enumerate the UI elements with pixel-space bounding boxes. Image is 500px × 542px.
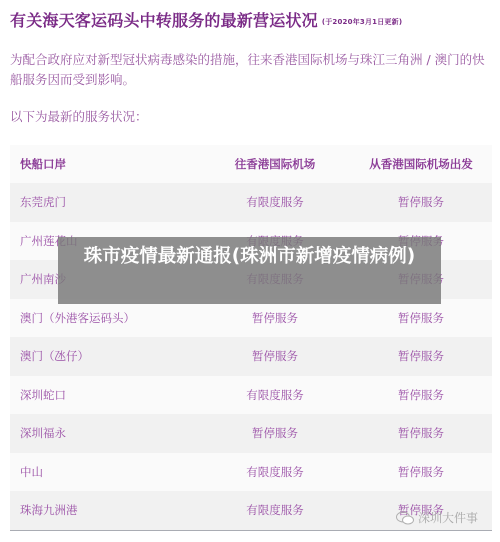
port-cell: 深圳福永 [10,425,200,441]
header-port: 快船口岸 [10,156,200,172]
wechat-icon [395,511,415,525]
to-airport-cell: 有限度服务 [200,194,350,210]
table-row: 东莞虎门 有限度服务 暂停服务 [10,183,492,222]
from-airport-cell: 暂停服务 [350,425,492,441]
table-row: 深圳福永 暂停服务 暂停服务 [10,414,492,453]
port-cell: 深圳蛇口 [10,387,200,403]
port-cell: 中山 [10,464,200,480]
port-cell: 澳门（外港客运码头） [10,310,200,326]
from-airport-cell: 暂停服务 [350,194,492,210]
to-airport-cell: 暂停服务 [200,310,350,326]
to-airport-cell: 有限度服务 [200,464,350,480]
intro-paragraph: 为配合政府应对新型冠状病毒感染的措施，往来香港国际机场与珠江三角洲 / 澳门的快… [10,50,490,90]
table-row: 澳门（氹仔） 暂停服务 暂停服务 [10,337,492,376]
table-row: 中山 有限度服务 暂停服务 [10,453,492,492]
to-airport-cell: 暂停服务 [200,425,350,441]
title-text: 有关海天客运码头中转服务的最新营运状况 [10,11,318,30]
header-to-airport: 往香港国际机场 [200,156,350,172]
table-header-row: 快船口岸 往香港国际机场 从香港国际机场出发 [10,145,492,183]
to-airport-cell: 有限度服务 [200,502,350,518]
watermark: 深圳大件事 [395,509,478,526]
page-title: 有关海天客运码头中转服务的最新营运状况(于2020年3月1日更新) [10,8,500,31]
from-airport-cell: 暂停服务 [350,310,492,326]
from-airport-cell: 暂停服务 [350,464,492,480]
to-airport-cell: 暂停服务 [200,348,350,364]
from-airport-cell: 暂停服务 [350,387,492,403]
service-status-table: 快船口岸 往香港国际机场 从香港国际机场出发 东莞虎门 有限度服务 暂停服务 广… [10,145,492,531]
from-airport-cell: 暂停服务 [350,348,492,364]
overlay-caption: 珠市疫情最新通报(珠洲市新增疫情病例) [58,237,441,304]
port-cell: 澳门（氹仔） [10,348,200,364]
table-row: 深圳蛇口 有限度服务 暂停服务 [10,376,492,415]
header-from-airport: 从香港国际机场出发 [350,156,492,172]
port-cell: 东莞虎门 [10,194,200,210]
to-airport-cell: 有限度服务 [200,387,350,403]
watermark-text: 深圳大件事 [418,509,478,526]
port-cell: 珠海九洲港 [10,502,200,518]
table-row: 澳门（外港客运码头） 暂停服务 暂停服务 [10,299,492,338]
update-date: (于2020年3月1日更新) [322,18,402,26]
status-intro: 以下为最新的服务状况： [10,107,148,125]
